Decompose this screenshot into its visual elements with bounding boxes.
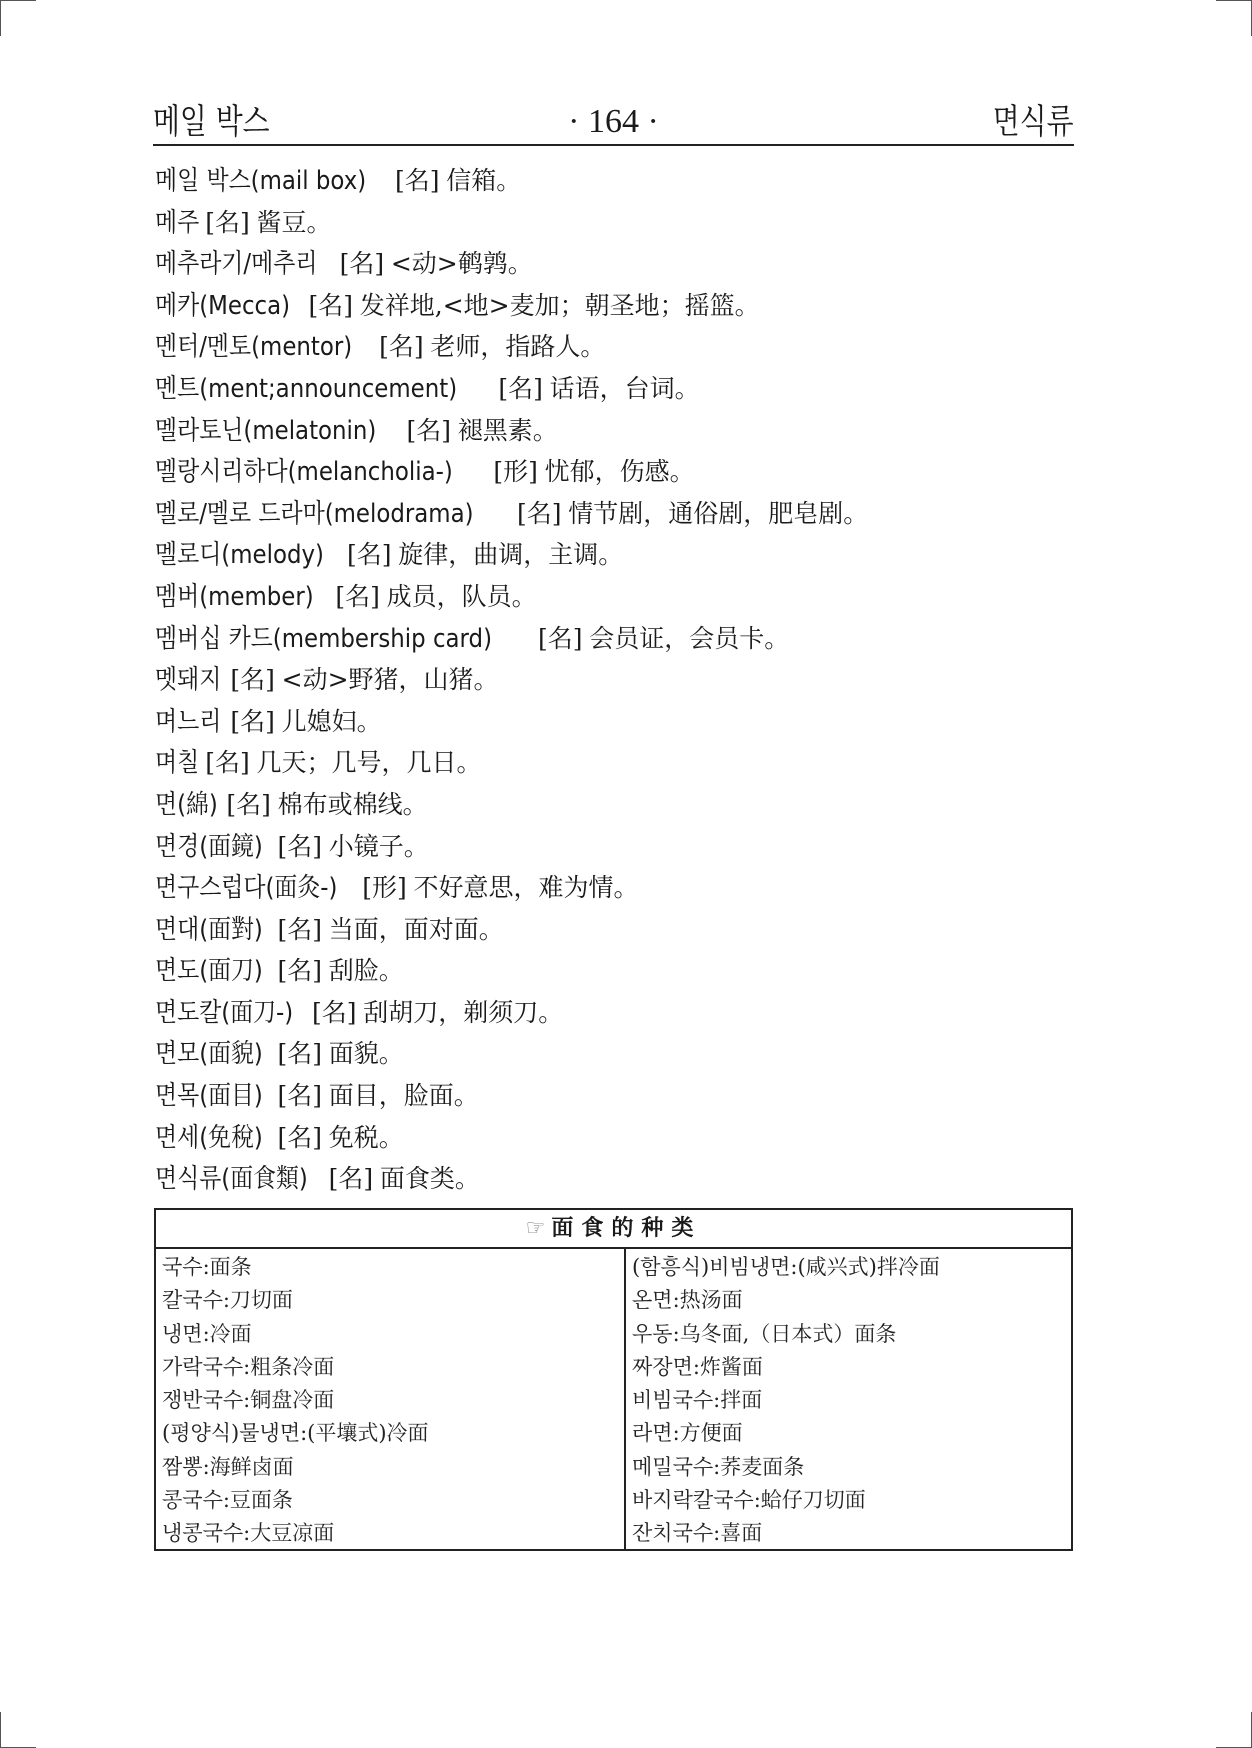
table-cell: 짬뽕:海鲜卤面 (162, 1451, 618, 1484)
table-body: 국수:面条칼국수:刀切面냉면:冷面가락국수:粗条冷面쟁반국수:铜盘冷面(평양식)… (156, 1249, 1071, 1551)
entry-part-of-speech: [名] (312, 998, 357, 1027)
dictionary-entry: 면모(面貌)[名] 面貌。 (155, 1033, 1075, 1075)
entry-part-of-speech: [名] (340, 249, 385, 278)
table-cell: 잔치국수:喜面 (632, 1517, 1065, 1550)
dictionary-entry: 면(綿)[名] 棉布或棉线。 (155, 784, 1075, 826)
entry-part-of-speech: [名] (278, 915, 323, 944)
entry-definition: 刮脸。 (329, 956, 404, 985)
entry-part-of-speech: [名] (278, 956, 323, 985)
entry-part-of-speech: [名] (278, 1039, 323, 1068)
entry-definition: 棉布或棉线。 (278, 790, 428, 819)
entry-definition: 信箱。 (446, 166, 521, 195)
dictionary-entry: 면세(免稅)[名] 免税。 (155, 1117, 1075, 1159)
crop-mark-top-left-vertical (0, 0, 1, 36)
entry-headword: 면모(面貌) (155, 1034, 263, 1076)
entry-definition: 褪黑素。 (458, 416, 558, 445)
entry-definition: 小镜子。 (329, 832, 429, 861)
dictionary-entry: 멘트(ment;announcement)[名] 话语，台词。 (155, 368, 1075, 410)
entry-part-of-speech: [名] (308, 291, 353, 320)
entry-definition: 酱豆。 (257, 208, 332, 237)
dictionary-entry: 며느리[名] 儿媳妇。 (155, 701, 1075, 743)
table-cell: 라면:方便面 (632, 1417, 1065, 1450)
table-cell: 냉면:冷面 (162, 1318, 618, 1351)
entry-definition: 面貌。 (329, 1039, 404, 1068)
dictionary-entry: 멜로디(melody)[名] 旋律，曲调，主调。 (155, 534, 1075, 576)
entry-definition: 不好意思，难为情。 (414, 873, 639, 902)
dictionary-entry: 메일 박스(mail box)[名] 信箱。 (155, 160, 1075, 202)
entry-part-of-speech: [形] (362, 873, 407, 902)
table-title: 面食的种类 (551, 1216, 701, 1241)
dictionary-entry: 멜로/멜로 드라마(melodrama)[名] 情节剧，通俗剧，肥皂剧。 (155, 493, 1075, 535)
dictionary-entry: 멧돼지[名] <动>野猪，山猪。 (155, 659, 1075, 701)
table-cell: 온면:热汤面 (632, 1284, 1065, 1317)
table-cell: 바지락칼국수:蛤仔刀切面 (632, 1484, 1065, 1517)
entry-headword: 멤버(member) (155, 577, 314, 619)
entry-definition: 情节剧，通俗剧，肥皂剧。 (568, 499, 868, 528)
table-cell: 우동:乌冬面,（日本式）面条 (632, 1318, 1065, 1351)
entry-headword: 면도칼(面刀-) (155, 993, 293, 1035)
entry-headword: 면세(免稅) (155, 1118, 263, 1160)
entry-part-of-speech: [名] (205, 748, 250, 777)
guide-word-last: 면식류 (993, 102, 1074, 142)
entry-definition: <动>野猪，山猪。 (282, 665, 499, 694)
entry-part-of-speech: [名] (335, 582, 380, 611)
entry-headword: 멘터/멘토(mentor) (155, 327, 352, 369)
dictionary-entry: 면목(面目)[名] 面目，脸面。 (155, 1075, 1075, 1117)
dictionary-entries: 메일 박스(mail box)[名] 信箱。메주[名] 酱豆。메추라기/메추리[… (155, 160, 1075, 1200)
running-header: 메일 박스 · 164 · 면식류 (153, 98, 1074, 146)
entry-headword: 면도(面刀) (155, 951, 263, 993)
crop-mark-bottom-left-vertical (0, 1712, 1, 1748)
entry-definition: 发祥地,<地>麦加；朝圣地；摇篮。 (360, 291, 760, 320)
table-column-left: 국수:面条칼국수:刀切面냉면:冷面가락국수:粗条冷面쟁반국수:铜盘冷面(평양식)… (156, 1249, 626, 1551)
noodle-types-table: ☞面食的种类 국수:面条칼국수:刀切面냉면:冷面가락국수:粗条冷面쟁반국수:铜盘… (154, 1208, 1073, 1551)
entry-part-of-speech: [名] (407, 416, 452, 445)
entry-definition: 会员证，会员卡。 (589, 624, 789, 653)
entry-definition: 免税。 (329, 1123, 404, 1152)
entry-headword: 멤버십 카드(membership card) (155, 619, 492, 661)
table-cell: (평양식)물냉면:(平壤式)冷面 (162, 1417, 618, 1450)
dictionary-entry: 면경(面鏡)[名] 小镜子。 (155, 826, 1075, 868)
entry-headword: 멜로디(melody) (155, 535, 324, 577)
entry-definition: 面目，脸面。 (329, 1081, 479, 1110)
dictionary-entry: 멘터/멘토(mentor)[名] 老师，指路人。 (155, 326, 1075, 368)
dictionary-entry: 멜랑시리하다(melancholia-)[形] 忧郁，伤感。 (155, 451, 1075, 493)
entry-definition: 几天；几号，几日。 (257, 748, 482, 777)
entry-headword: 멘트(ment;announcement) (155, 369, 457, 411)
entry-headword: 멧돼지 (155, 660, 221, 702)
entry-headword: 멜로/멜로 드라마(melodrama) (155, 494, 474, 536)
dictionary-entry: 면도(面刀)[名] 刮脸。 (155, 950, 1075, 992)
guide-word-first: 메일 박스 (153, 102, 270, 142)
entry-definition: <动>鹌鹑。 (391, 249, 533, 278)
dictionary-entry: 메카(Mecca)[名] 发祥地,<地>麦加；朝圣地；摇篮。 (155, 285, 1075, 327)
table-cell: 짜장면:炸酱面 (632, 1351, 1065, 1384)
entry-headword: 면대(面對) (155, 910, 263, 952)
entry-headword: 메카(Mecca) (155, 286, 290, 328)
dictionary-entry: 멤버십 카드(membership card)[名] 会员证，会员卡。 (155, 618, 1075, 660)
entry-part-of-speech: [名] (347, 540, 392, 569)
entry-part-of-speech: [名] (226, 790, 271, 819)
entry-part-of-speech: [名] (498, 374, 543, 403)
table-cell: 냉콩국수:大豆凉面 (162, 1517, 618, 1550)
entry-headword: 멜랑시리하다(melancholia-) (155, 452, 453, 494)
table-cell: 가락국수:粗条冷面 (162, 1351, 618, 1384)
entry-headword: 메일 박스(mail box) (155, 161, 366, 203)
table-column-right: (함흥식)비빔냉면:(咸兴式)拌冷面온면:热汤面우동:乌冬面,（日本式）面条짜장… (626, 1249, 1071, 1551)
pointing-hand-icon: ☞ (526, 1216, 546, 1241)
entry-part-of-speech: [名] (230, 707, 275, 736)
entry-part-of-speech: [名] (230, 665, 275, 694)
table-cell: 콩국수:豆面条 (162, 1484, 618, 1517)
dictionary-entry: 메추라기/메추리[名] <动>鹌鹑。 (155, 243, 1075, 285)
entry-headword: 메추라기/메추리 (155, 244, 317, 286)
dictionary-entry: 면구스럽다(面灸-)[形] 不好意思，难为情。 (155, 867, 1075, 909)
entry-part-of-speech: [名] (517, 499, 562, 528)
crop-mark-top-right-horizontal (1216, 0, 1252, 1)
entry-part-of-speech: [名] (278, 1123, 323, 1152)
dictionary-entry: 멤버(member)[名] 成员，队员。 (155, 576, 1075, 618)
table-cell: (함흥식)비빔냉면:(咸兴式)拌冷面 (632, 1251, 1065, 1284)
entry-headword: 면구스럽다(面灸-) (155, 868, 337, 910)
dictionary-entry: 멜라토닌(melatonin)[名] 褪黑素。 (155, 410, 1075, 452)
entry-definition: 刮胡刀，剃须刀。 (363, 998, 563, 1027)
entry-part-of-speech: [形] (493, 457, 538, 486)
entry-headword: 며칠 (155, 743, 199, 785)
dictionary-entry: 메주[名] 酱豆。 (155, 202, 1075, 244)
dictionary-entry: 면도칼(面刀-)[名] 刮胡刀，剃须刀。 (155, 992, 1075, 1034)
crop-mark-top-left-horizontal (0, 0, 36, 1)
entry-definition: 旋律，曲调，主调。 (398, 540, 623, 569)
page-number: · 164 · (568, 102, 659, 142)
entry-definition: 忧郁，伤感。 (545, 457, 695, 486)
entry-part-of-speech: [名] (379, 332, 424, 361)
entry-part-of-speech: [名] (329, 1164, 374, 1193)
entry-part-of-speech: [名] (278, 1081, 323, 1110)
entry-headword: 면식류(面食類) (155, 1159, 308, 1201)
entry-headword: 멜라토닌(melatonin) (155, 411, 376, 453)
entry-part-of-speech: [名] (538, 624, 583, 653)
entry-definition: 儿媳妇。 (282, 707, 382, 736)
entry-part-of-speech: [名] (278, 832, 323, 861)
dictionary-entry: 며칠[名] 几天；几号，几日。 (155, 742, 1075, 784)
entry-part-of-speech: [名] (205, 208, 250, 237)
table-cell: 비빔국수:拌面 (632, 1384, 1065, 1417)
entry-headword: 면경(面鏡) (155, 827, 263, 869)
table-header: ☞面食的种类 (156, 1210, 1071, 1249)
table-cell: 국수:面条 (162, 1251, 618, 1284)
entry-headword: 메주 (155, 203, 199, 245)
entry-definition: 当面，面对面。 (329, 915, 504, 944)
table-cell: 쟁반국수:铜盘冷面 (162, 1384, 618, 1417)
entry-headword: 면(綿) (155, 785, 218, 827)
entry-definition: 话语，台词。 (550, 374, 700, 403)
entry-headword: 면목(面目) (155, 1076, 263, 1118)
entry-part-of-speech: [名] (395, 166, 440, 195)
entry-definition: 面食类。 (380, 1164, 480, 1193)
table-cell: 메밀국수:荞麦面条 (632, 1451, 1065, 1484)
entry-definition: 成员，队员。 (387, 582, 537, 611)
dictionary-entry: 면대(面對)[名] 当面，面对面。 (155, 909, 1075, 951)
table-cell: 칼국수:刀切面 (162, 1284, 618, 1317)
entry-definition: 老师，指路人。 (430, 332, 605, 361)
dictionary-entry: 면식류(面食類)[名] 面食类。 (155, 1158, 1075, 1200)
entry-headword: 며느리 (155, 702, 221, 744)
